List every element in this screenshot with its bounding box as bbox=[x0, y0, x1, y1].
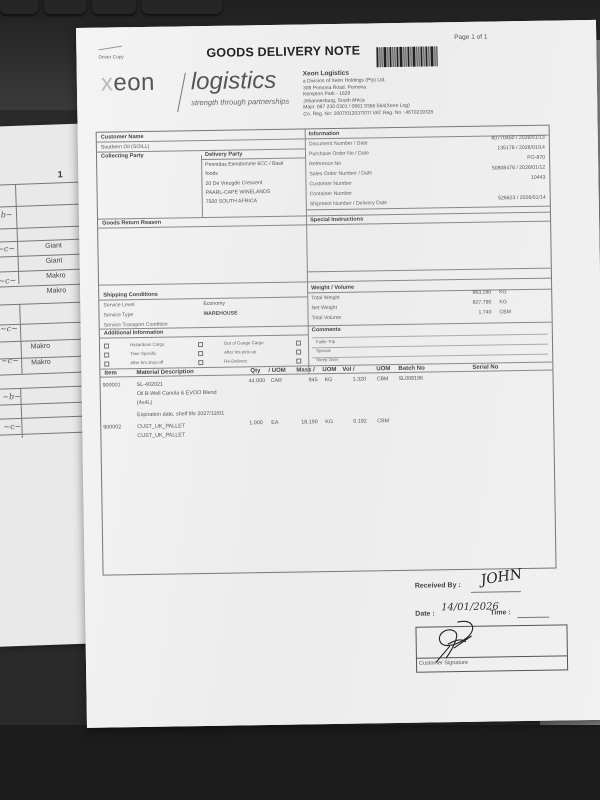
background-cell: Makro bbox=[47, 287, 67, 295]
background-cell: Makro bbox=[31, 359, 51, 367]
collecting-party-label: Collecting Party bbox=[101, 153, 144, 160]
col-header-batch: Batch No bbox=[398, 366, 424, 372]
document-title: GOODS DELIVERY NOTE bbox=[206, 44, 360, 60]
checkbox[interactable] bbox=[104, 344, 109, 349]
barcode-bar bbox=[436, 46, 437, 66]
background-page-number: 1 bbox=[57, 169, 62, 179]
goods-return-reason-label: Goods Return Reason bbox=[102, 220, 161, 227]
divider bbox=[15, 184, 19, 284]
item-description: CUST_UK_PALLET bbox=[137, 423, 185, 430]
barcode-bar bbox=[389, 47, 391, 67]
keyboard-key bbox=[0, 0, 38, 14]
background-cell: Makro bbox=[46, 272, 66, 280]
col-header-description: Material Description bbox=[136, 369, 193, 376]
delivery-party-line: foods bbox=[205, 171, 218, 177]
customer-name-label: Customer Name bbox=[101, 134, 144, 141]
col-header-serial: Serial No bbox=[472, 364, 498, 370]
item-description: Oil B-Well Canola & EVOO Blend bbox=[137, 390, 217, 397]
divider bbox=[0, 301, 87, 305]
delivery-party-line: 7500 SOUTH AFRICA bbox=[206, 198, 257, 205]
item-number: 900001 bbox=[103, 382, 121, 388]
logo-eon: eon bbox=[113, 69, 155, 97]
barcode-bar bbox=[399, 47, 402, 67]
special-instructions-label: Special Instructions bbox=[310, 217, 363, 224]
checkbox-label: Futile Trip bbox=[316, 339, 335, 344]
item-qty: 1.000 bbox=[249, 420, 263, 426]
item-vol: 0.192 bbox=[353, 418, 367, 424]
divider bbox=[307, 268, 551, 273]
net-weight-value: 827.790 bbox=[473, 300, 492, 306]
divider bbox=[0, 182, 83, 186]
info-value: 526623 / 2026/01/14 bbox=[498, 195, 546, 202]
item-description: SL-402021 bbox=[137, 382, 163, 388]
divider bbox=[0, 401, 91, 405]
barcode-bar bbox=[376, 47, 378, 67]
info-value: 80770450 / 2026/01/13 bbox=[491, 135, 544, 142]
barcode-bar bbox=[407, 47, 409, 67]
item-mass: 945 bbox=[309, 377, 318, 383]
checkbox-label: Hazardous Cargo bbox=[130, 342, 164, 348]
service-level-value: Economy bbox=[203, 301, 225, 307]
logo-tagline: strength through partnerships bbox=[191, 97, 289, 108]
checkbox[interactable] bbox=[198, 351, 203, 356]
keyboard-key bbox=[142, 0, 222, 14]
net-weight-unit: KG bbox=[499, 299, 507, 305]
divider bbox=[0, 415, 91, 419]
customer-name-value: Southern Oil (SOILL) bbox=[101, 144, 150, 151]
info-label: Customer Number bbox=[309, 181, 351, 188]
shipping-conditions-label: Shipping Conditions bbox=[103, 292, 158, 299]
delivery-party-label: Delivery Party bbox=[205, 151, 242, 158]
checkbox-label: Re-Delivery bbox=[224, 358, 247, 363]
checkbox-label: Time Specific bbox=[130, 351, 156, 356]
desk-surface-bottom bbox=[0, 725, 600, 800]
item-number: 900002 bbox=[103, 424, 121, 430]
col-header-vol: Vol / bbox=[342, 367, 354, 373]
checkbox[interactable] bbox=[104, 353, 109, 358]
barcode-bar bbox=[425, 46, 427, 66]
item-mass-uom: KG bbox=[325, 377, 333, 383]
col-header-qty-uom: / UOM bbox=[268, 368, 285, 374]
checkbox[interactable] bbox=[296, 359, 301, 364]
divider bbox=[0, 254, 85, 258]
comment-line bbox=[312, 334, 548, 339]
divider bbox=[0, 431, 92, 435]
time-line bbox=[517, 617, 549, 619]
barcode bbox=[376, 46, 448, 67]
information-label: Information bbox=[309, 131, 340, 137]
total-volume-unit: CBM bbox=[499, 309, 511, 315]
comment-line bbox=[312, 354, 548, 359]
handwriting: ~c~ bbox=[1, 356, 19, 366]
divider bbox=[0, 371, 90, 375]
info-value: 135178 / 2026/01/14 bbox=[497, 145, 545, 152]
barcode-bar bbox=[412, 47, 415, 67]
service-type-value: WAREHOUSE bbox=[203, 310, 237, 317]
checkbox-label: Out of Guage Cargo bbox=[224, 340, 264, 346]
checkbox[interactable] bbox=[296, 341, 301, 346]
barcode-bar bbox=[383, 47, 386, 67]
handwriting: ~c~ bbox=[0, 244, 15, 254]
item-description: CUST_UK_PALLET bbox=[137, 432, 185, 439]
received-by-label: Received By : bbox=[415, 582, 461, 590]
col-header-vol-uom: UOM bbox=[376, 366, 390, 372]
handwriting: ~b~ bbox=[2, 392, 21, 402]
logo-divider bbox=[177, 73, 186, 112]
time-label: Time : bbox=[490, 609, 511, 616]
additional-information-label: Additional Information bbox=[104, 330, 164, 337]
logo-wordmark: xeon bbox=[101, 69, 155, 98]
checkbox[interactable] bbox=[198, 342, 203, 347]
page-indicator: Page 1 of 1 bbox=[454, 34, 487, 42]
info-value: 50808476 / 2026/01/12 bbox=[492, 165, 545, 172]
company-logo: xeon logistics strength through partners… bbox=[101, 66, 302, 119]
info-value: PO-870 bbox=[527, 155, 545, 161]
weight-volume-label: Weight / Volume bbox=[311, 285, 354, 292]
received-by-line bbox=[471, 591, 521, 593]
item-vol: 1.320 bbox=[353, 376, 367, 382]
pen-mark bbox=[98, 46, 122, 51]
total-weight-unit: KG bbox=[499, 289, 507, 295]
total-weight-value: 963.190 bbox=[472, 290, 491, 296]
divider bbox=[0, 385, 90, 389]
item-qty: 44.000 bbox=[249, 378, 266, 384]
company-address: Xeon Logistics a Division of Xeon Holdin… bbox=[303, 68, 434, 117]
checkbox[interactable] bbox=[104, 362, 109, 367]
service-level-label: Service Level bbox=[103, 302, 134, 308]
divider bbox=[0, 239, 85, 243]
barcode-bar bbox=[396, 47, 398, 67]
item-mass-uom: KG bbox=[325, 419, 333, 425]
barcode-bar bbox=[420, 47, 422, 67]
divider bbox=[0, 268, 86, 272]
handwriting: ~c~ bbox=[0, 276, 16, 286]
info-value: 10443 bbox=[531, 175, 546, 181]
info-label: Shipment Number / Delivery Date bbox=[310, 200, 387, 207]
handwriting: ~c~ bbox=[3, 422, 21, 432]
col-header-item: Item bbox=[104, 370, 116, 376]
info-label: Sales Order Number / Date bbox=[309, 170, 372, 177]
item-description: Expiration date, shelf life 2027/12/01 bbox=[137, 411, 224, 418]
info-label: Container Number bbox=[310, 191, 352, 198]
divider bbox=[19, 304, 22, 374]
item-vol-uom: CBM bbox=[377, 376, 389, 382]
copy-label: Driver Copy bbox=[98, 55, 123, 60]
checkbox-label: After hrs pick-up bbox=[224, 349, 256, 355]
item-mass: 18.190 bbox=[301, 419, 318, 425]
item-qty-uom: EA bbox=[271, 420, 278, 426]
service-type-label: Service Type bbox=[103, 312, 133, 318]
checkbox[interactable] bbox=[198, 360, 203, 365]
goods-delivery-note: Driver Copy GOODS DELIVERY NOTE Page 1 o… bbox=[76, 20, 600, 728]
delivery-party-line: PAARL-CAPE WINELANDS bbox=[206, 189, 271, 196]
background-cell: Makro bbox=[31, 343, 51, 351]
signature-scribble-icon bbox=[427, 618, 488, 665]
comments-label: Comments bbox=[312, 327, 341, 333]
total-weight-label: Total Weight bbox=[311, 295, 340, 301]
item-description: (4x4L) bbox=[137, 400, 152, 406]
handwriting: ~c~ bbox=[0, 324, 18, 334]
background-cell: Giant bbox=[45, 242, 62, 250]
info-label: Reference No bbox=[309, 161, 341, 168]
background-cell: Giant bbox=[46, 257, 63, 265]
delivery-party-line: Pennidas Eiendomme 6CC / Basil bbox=[205, 161, 283, 168]
info-label: Document Number / Date bbox=[309, 140, 368, 147]
divider bbox=[201, 157, 305, 160]
checkbox-label: After hrs drop-off bbox=[130, 360, 163, 366]
handwriting: ~b~ bbox=[0, 210, 13, 220]
total-volume-value: 1.740 bbox=[478, 310, 491, 316]
col-header-mass-uom: UOM bbox=[322, 367, 336, 373]
keyboard-key bbox=[92, 0, 136, 14]
item-qty-uom: CAR bbox=[271, 378, 282, 384]
keyboard-key bbox=[44, 0, 86, 14]
checkbox[interactable] bbox=[296, 350, 301, 355]
total-volume-label: Total Volume bbox=[312, 315, 342, 321]
net-weight-label: Net Weight bbox=[311, 305, 337, 311]
col-header-mass: Mass / bbox=[296, 367, 314, 373]
logo-x: x bbox=[101, 69, 114, 96]
col-header-qty: Qty bbox=[250, 368, 260, 374]
delivery-party-line: 20 De Vreugde Crescent bbox=[205, 180, 262, 187]
comment-line bbox=[312, 344, 548, 349]
info-label: Purchase Order No / Date bbox=[309, 150, 369, 157]
delivery-form: Customer Name Southern Oil (SOILL) Colle… bbox=[96, 125, 557, 576]
divider bbox=[0, 204, 84, 208]
item-vol-uom: CBM bbox=[377, 418, 389, 424]
item-batch: SL008196 bbox=[399, 376, 424, 382]
divider bbox=[0, 226, 84, 230]
date-label: Date : bbox=[415, 610, 435, 617]
logo-logistics: logistics bbox=[191, 67, 277, 96]
barcode-bar bbox=[430, 46, 433, 66]
checkbox-label: Special bbox=[316, 348, 330, 353]
company-line: Co. Reg. No: 2007/012037/07/ VAT Reg. No… bbox=[303, 109, 433, 118]
divider bbox=[201, 155, 203, 217]
